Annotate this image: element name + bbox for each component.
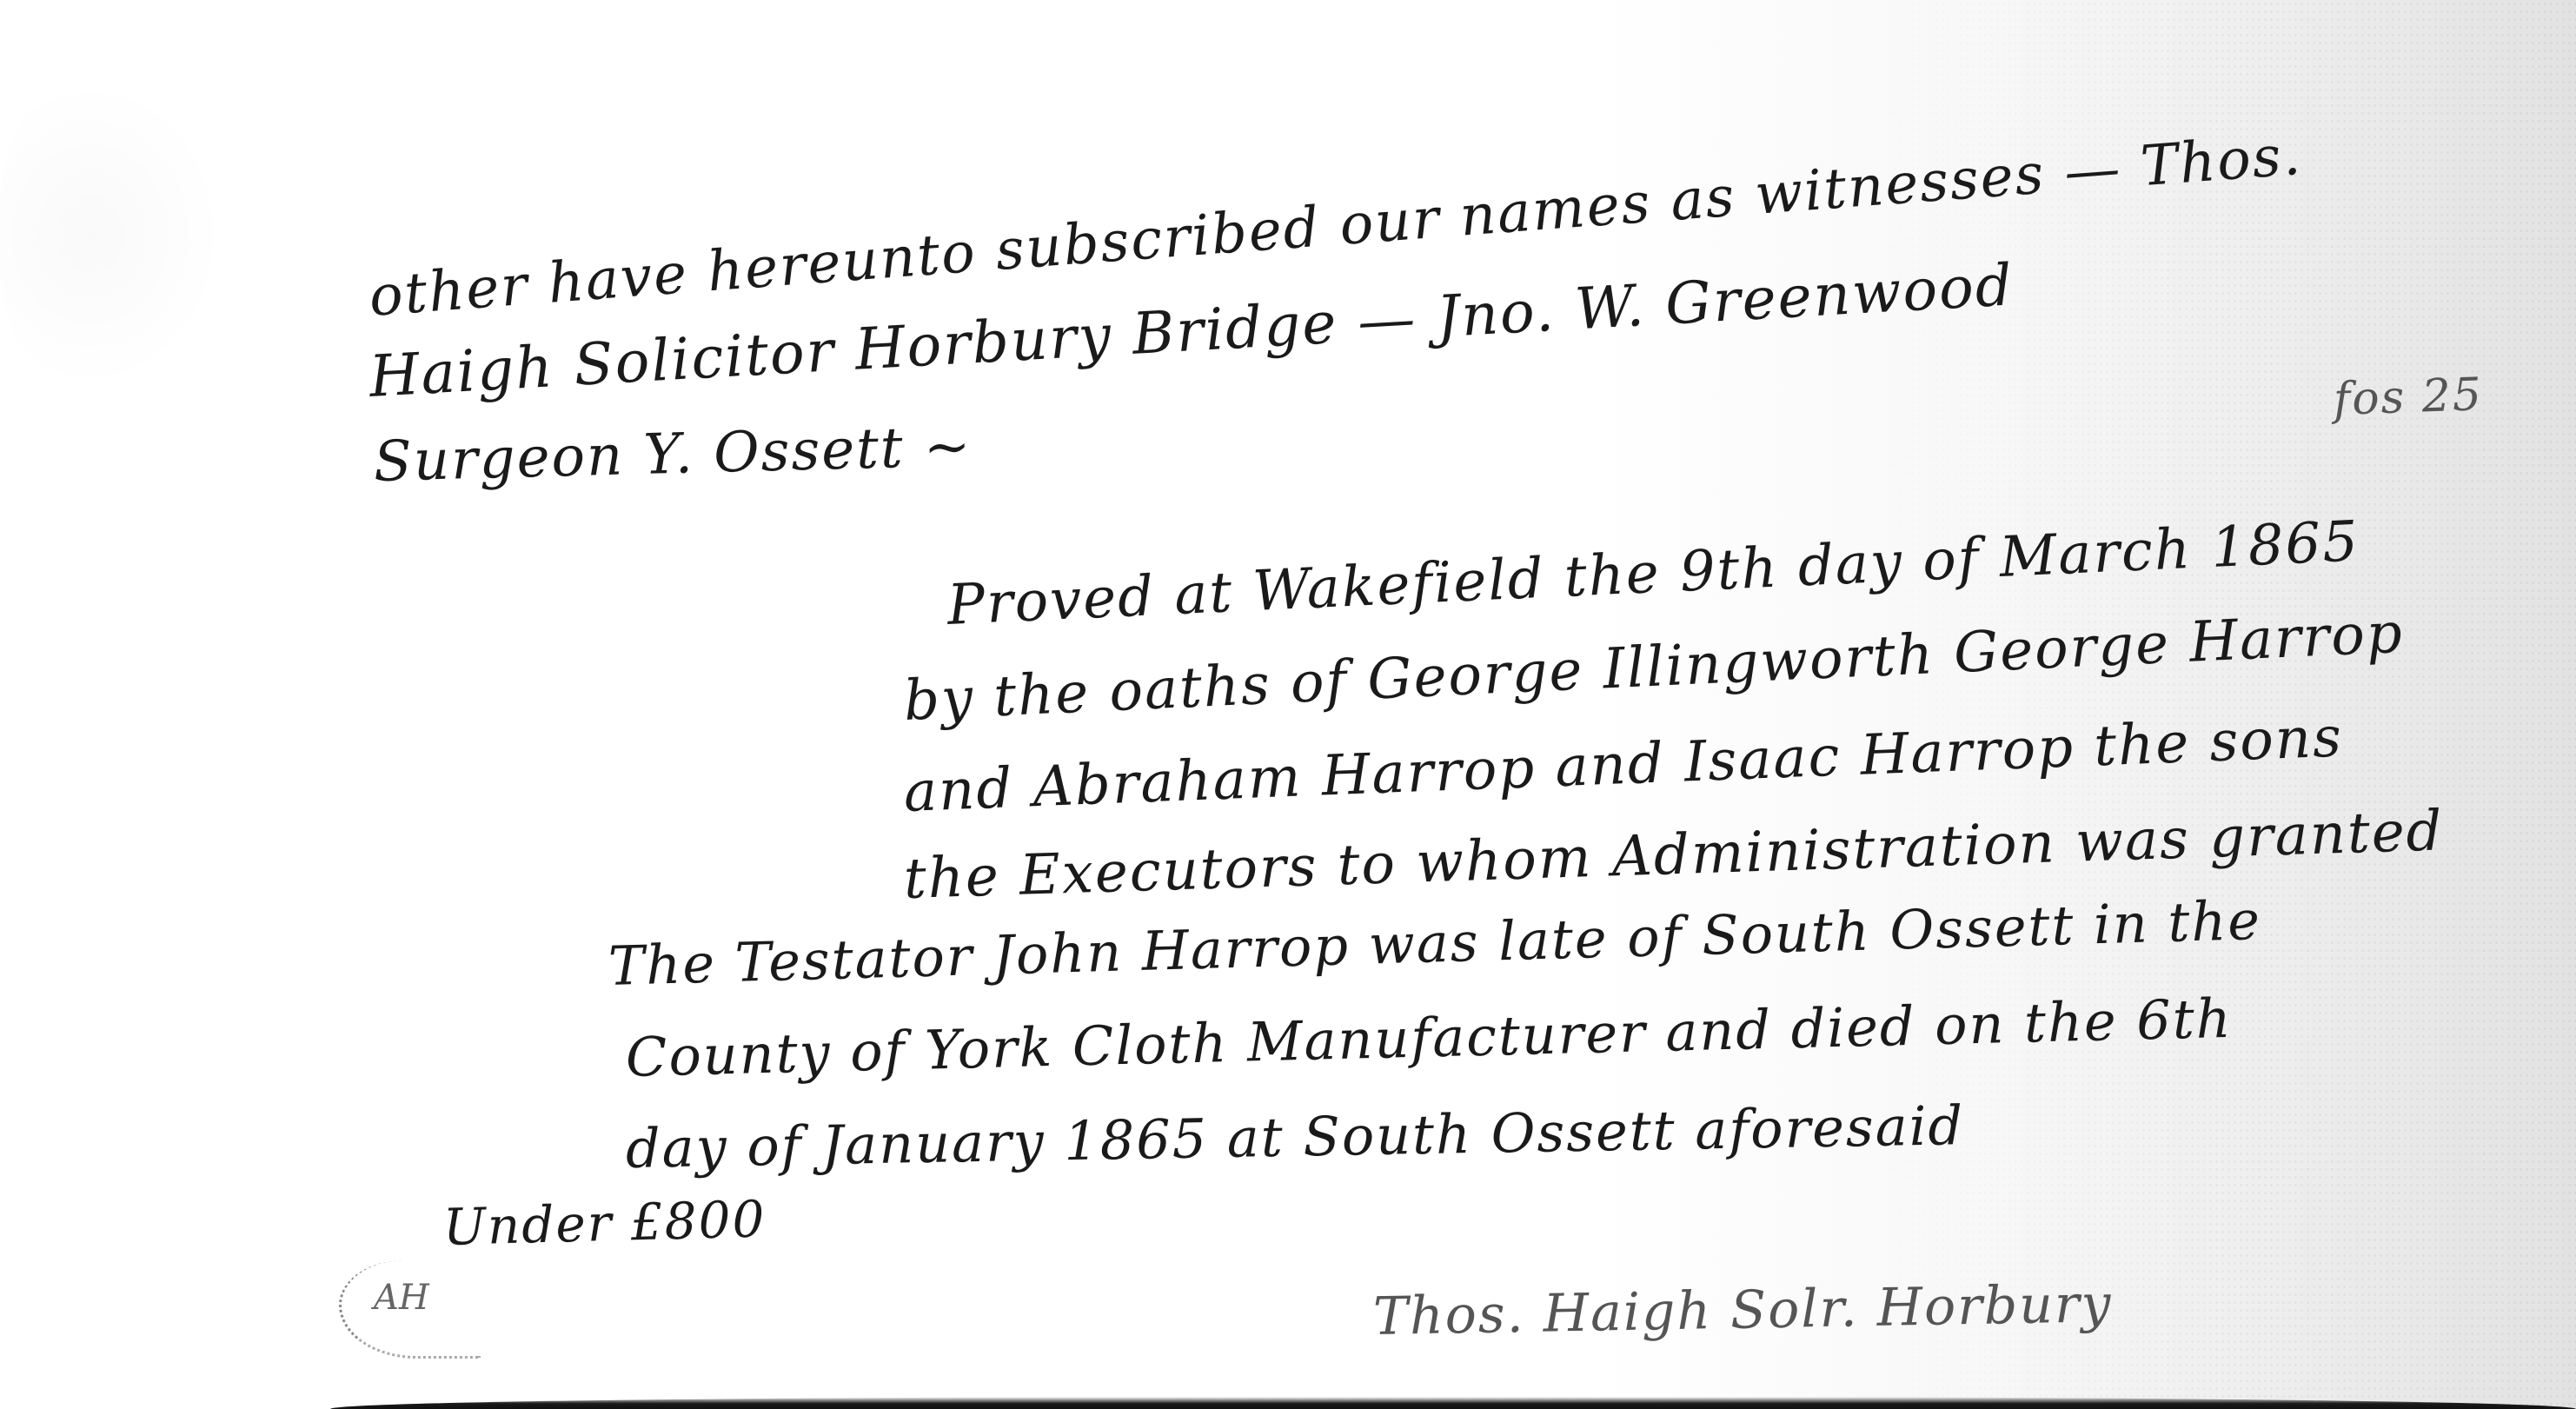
margin-smudge [0,78,226,391]
folio-note: fos 25 [2333,369,2484,426]
signature: Thos. Haigh Solr. Horbury [1372,1273,2113,1347]
stamp-initials: AH [374,1278,429,1318]
estate-value: Under £800 [442,1189,767,1257]
page-bottom-edge [330,1397,2576,1409]
